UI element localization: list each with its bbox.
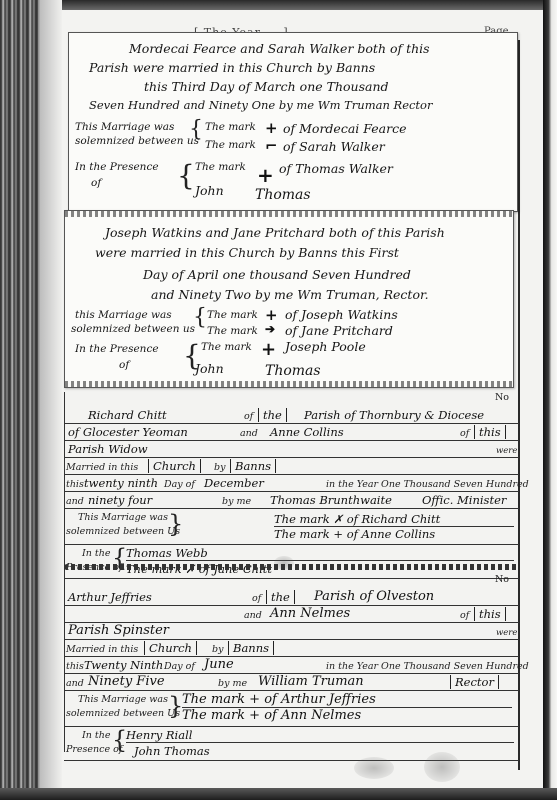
brace-icon: { bbox=[177, 159, 195, 192]
witness-first-name: John bbox=[195, 183, 224, 198]
solemnized-label: This Marriage was bbox=[78, 512, 168, 523]
and-label: and bbox=[240, 428, 258, 439]
ornamental-divider bbox=[64, 564, 519, 570]
solemnized-label: solemnized between us bbox=[75, 135, 199, 147]
witness-first-name: John bbox=[195, 361, 224, 376]
officiant-title: Rector bbox=[450, 675, 499, 689]
presence-label: In the Presence bbox=[75, 343, 159, 355]
this-value: this bbox=[474, 425, 506, 439]
solemnized-label: solemnized between Us bbox=[66, 526, 180, 537]
by-value: Banns bbox=[228, 641, 274, 655]
day-value: Twenty Ninth bbox=[84, 658, 163, 672]
entry-number-label: No bbox=[495, 574, 509, 585]
mark-text: The mark bbox=[207, 325, 258, 337]
by-me-label: by me bbox=[222, 496, 251, 507]
witness-name: of Thomas Walker bbox=[279, 161, 393, 176]
solemnized-label: solemnized between us bbox=[71, 323, 195, 335]
year-label: in the Year One Thousand Seven Hundred bbox=[326, 479, 529, 490]
book-bottom-edge bbox=[0, 788, 557, 800]
month-value: June bbox=[204, 657, 234, 672]
witness-1-signature: Henry Riall bbox=[126, 728, 514, 743]
spine-shadow bbox=[40, 0, 62, 800]
mark-text: The mark bbox=[207, 309, 258, 321]
form-row-groom: Arthur Jeffries of the Parish of Olvesto… bbox=[64, 588, 519, 606]
party-name: of Joseph Watkins bbox=[285, 307, 398, 322]
entry-number-label: No bbox=[495, 392, 509, 403]
the-value: the bbox=[266, 590, 295, 604]
year-value: ninety four bbox=[88, 493, 152, 507]
cross-mark-icon: ⌐ bbox=[265, 137, 278, 155]
day-of-label: Day of bbox=[164, 661, 195, 672]
officiant-title: Offic. Minister bbox=[422, 493, 506, 507]
bride-parish: Parish Spinster bbox=[68, 623, 169, 638]
month-value: December bbox=[204, 476, 264, 490]
party-name: of Mordecai Fearce bbox=[283, 121, 406, 136]
witness-name: Joseph Poole bbox=[285, 339, 366, 354]
officiant-name: William Truman bbox=[258, 674, 364, 689]
ornamental-border bbox=[65, 381, 513, 387]
slip-line: and Ninety Two by me Wm Truman, Rector. bbox=[151, 287, 429, 302]
officiant-name: Thomas Brunthwaite bbox=[270, 493, 392, 507]
party-1-signature: The mark + of Arthur Jeffries bbox=[182, 692, 512, 708]
brace-icon: { bbox=[189, 117, 203, 142]
cross-mark-icon: + bbox=[257, 163, 274, 187]
of-label: of bbox=[460, 428, 469, 439]
slip-line: this Third Day of March one Thousand bbox=[144, 79, 389, 94]
pasted-slip-1: Mordecai Fearce and Sarah Walker both of… bbox=[68, 32, 518, 212]
mark-text: The mark bbox=[195, 161, 246, 173]
form-row-bride: and Ann Nelmes of this bbox=[64, 605, 519, 623]
page-stain bbox=[424, 752, 460, 782]
presence-label: In the Presence bbox=[75, 161, 159, 173]
were-label: were bbox=[496, 628, 517, 638]
presence-label: of bbox=[119, 359, 129, 371]
solemnized-label: solemnized between Us bbox=[66, 708, 180, 719]
bride-name: Anne Collins bbox=[270, 425, 344, 439]
day-value: twenty ninth bbox=[84, 476, 158, 490]
form-row-bride-parish: Parish Widow were bbox=[64, 440, 519, 458]
groom-status: of Glocester Yeoman bbox=[68, 425, 188, 439]
bride-name: Ann Nelmes bbox=[270, 606, 350, 621]
brace-icon: } bbox=[168, 692, 183, 720]
this-value: this bbox=[474, 607, 506, 621]
mark-text: The mark bbox=[205, 121, 256, 133]
slip-line: Joseph Watkins and Jane Pritchard both o… bbox=[105, 225, 445, 240]
solemnized-label: This Marriage was bbox=[78, 694, 168, 705]
by-value: Banns bbox=[230, 459, 276, 473]
form-row-place: Married in this Church by Banns bbox=[64, 457, 519, 475]
of-label: of bbox=[244, 411, 253, 422]
form-row-solemnized: This Marriage was solemnized between Us … bbox=[64, 690, 519, 727]
witness-surname: Thomas bbox=[265, 363, 321, 379]
presence-label: of bbox=[91, 177, 101, 189]
form-row-date: this twenty ninth Day of December in the… bbox=[64, 474, 519, 492]
the-value: the bbox=[258, 408, 287, 422]
cross-mark-icon: + bbox=[265, 119, 278, 137]
solemnized-label: this Marriage was bbox=[75, 309, 172, 321]
form-row-officiant: and Ninety Five by me William Truman Rec… bbox=[64, 673, 519, 691]
register-page: [ The Year ... ] Page Mordecai Fearce an… bbox=[64, 12, 519, 784]
mark-text: The mark bbox=[205, 139, 256, 151]
and-label: and bbox=[244, 610, 262, 621]
party-1-signature: The mark ✗ of Richard Chitt bbox=[274, 512, 514, 527]
form-row-officiant: and ninety four by me Thomas Brunthwaite… bbox=[64, 491, 519, 509]
this-label: this bbox=[66, 661, 84, 672]
slip-line: were married in this Church by Banns thi… bbox=[95, 245, 399, 260]
witness-1-signature: Thomas Webb bbox=[126, 546, 514, 561]
year-value: Ninety Five bbox=[88, 674, 165, 689]
cross-mark-icon: + bbox=[261, 339, 276, 360]
solemnized-label: This Marriage was bbox=[75, 121, 174, 133]
groom-name: Arthur Jeffries bbox=[68, 590, 152, 604]
form-row-bride: of Glocester Yeoman and Anne Collins of … bbox=[64, 423, 519, 441]
witness-surname: Thomas bbox=[255, 187, 311, 203]
party-name: of Sarah Walker bbox=[283, 139, 385, 154]
by-me-label: by me bbox=[218, 678, 247, 689]
and-label: and bbox=[66, 496, 84, 507]
form-row-date: this Twenty Ninth Day of June in the Yea… bbox=[64, 656, 519, 674]
place-value: Church bbox=[144, 641, 197, 655]
slip-line: Mordecai Fearce and Sarah Walker both of… bbox=[129, 41, 430, 56]
day-of-label: Day of bbox=[164, 479, 195, 490]
presence-label: In the bbox=[82, 730, 110, 741]
were-label: were bbox=[496, 446, 517, 456]
page-stain bbox=[354, 757, 394, 779]
form-row-groom: Richard Chitt of the Parish of Thornbury… bbox=[64, 406, 519, 424]
book-top-edge bbox=[0, 0, 557, 10]
by-label: by bbox=[214, 462, 225, 473]
slip-line: Parish were married in this Church by Ba… bbox=[89, 60, 375, 75]
arrow-mark-icon: ➔ bbox=[265, 322, 275, 336]
party-2-signature: The mark + of Ann Nelmes bbox=[182, 708, 361, 723]
pasted-slip-2: Joseph Watkins and Jane Pritchard both o… bbox=[64, 210, 514, 388]
married-in-label: Married in this bbox=[66, 462, 138, 473]
brace-icon: } bbox=[168, 510, 183, 538]
brace-icon: { bbox=[112, 726, 127, 754]
slip-line: Day of April one thousand Seven Hundred bbox=[143, 267, 411, 282]
and-label: and bbox=[66, 678, 84, 689]
witness-2-signature: John Thomas bbox=[134, 744, 210, 758]
by-label: by bbox=[212, 644, 223, 655]
form-row-place: Married in this Church by Banns bbox=[64, 639, 519, 657]
slip-line: Seven Hundred and Ninety One by me Wm Tr… bbox=[89, 98, 432, 112]
party-name: of Jane Pritchard bbox=[285, 323, 393, 338]
brace-icon: { bbox=[193, 305, 207, 330]
mark-text: The mark bbox=[201, 341, 252, 353]
groom-name: Richard Chitt bbox=[88, 408, 167, 422]
groom-parish: Parish of Olveston bbox=[314, 589, 434, 604]
right-page-gutter bbox=[543, 0, 557, 800]
form-row-bride-parish: Parish Spinster were bbox=[64, 622, 519, 640]
of-label: of bbox=[252, 593, 261, 604]
groom-parish: Parish of Thornbury & Diocese bbox=[304, 408, 484, 422]
this-label: this bbox=[66, 479, 84, 490]
party-2-signature: The mark + of Anne Collins bbox=[274, 527, 435, 541]
of-label: of bbox=[460, 610, 469, 621]
bride-parish: Parish Widow bbox=[68, 442, 148, 456]
ornamental-border bbox=[65, 211, 513, 217]
presence-label: In the bbox=[82, 548, 110, 559]
form-row-solemnized: This Marriage was solemnized between Us … bbox=[64, 508, 519, 545]
book-spine-page-edges bbox=[0, 0, 40, 800]
year-label: in the Year One Thousand Seven Hundred bbox=[326, 661, 529, 672]
place-value: Church bbox=[148, 459, 201, 473]
married-in-label: Married in this bbox=[66, 644, 138, 655]
